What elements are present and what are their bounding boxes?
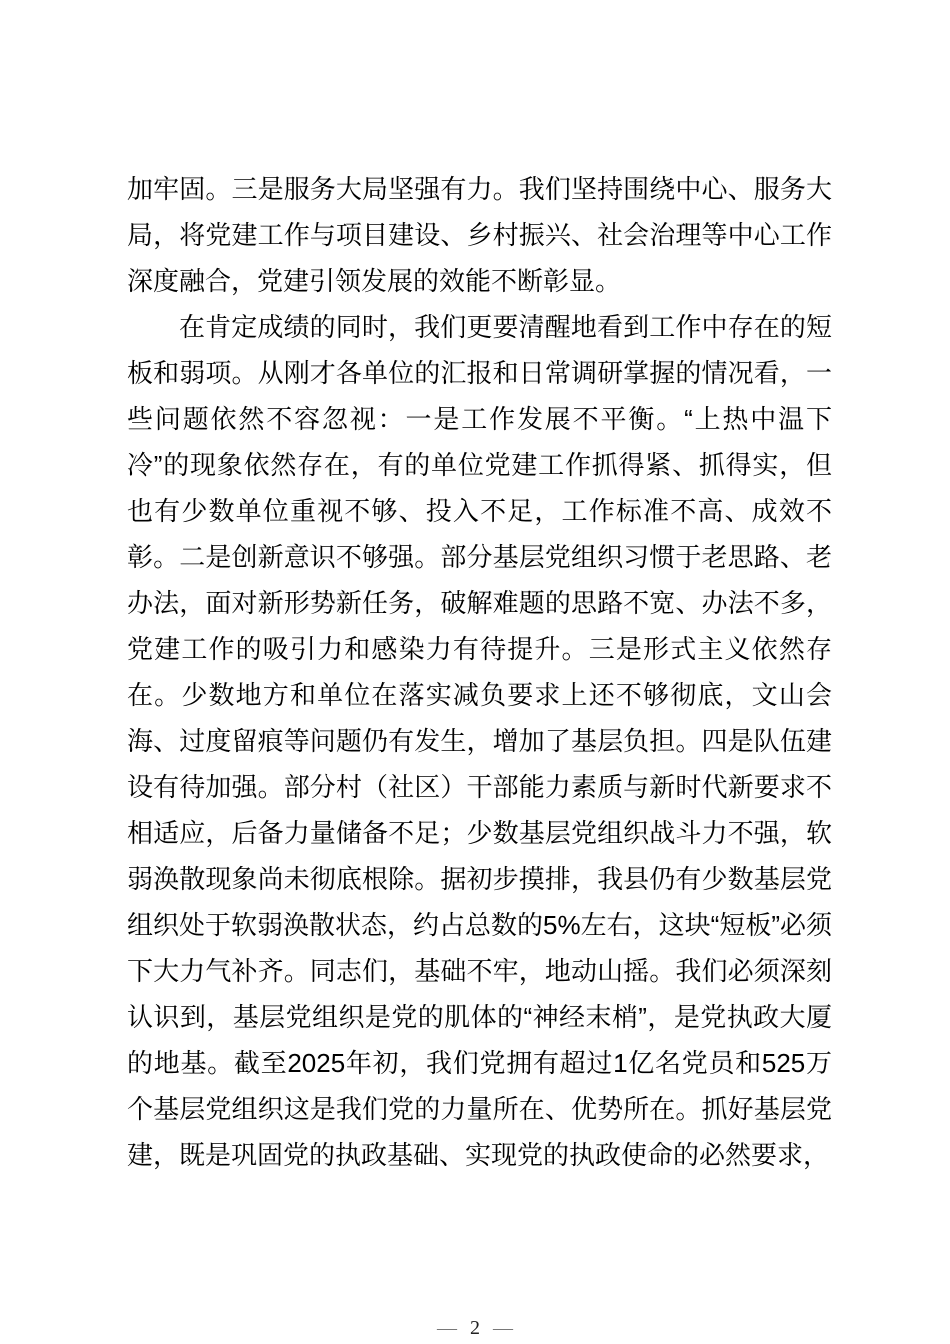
document-body: 加牢固。三是服务大局坚强有力。我们坚持围绕中心、服务大局，将党建工作与项目建设、… (127, 166, 832, 1178)
footer-dash-left: — (437, 1317, 457, 1339)
footer-dash-right: — (493, 1317, 513, 1339)
document-page: 加牢固。三是服务大局坚强有力。我们坚持围绕中心、服务大局，将党建工作与项目建设、… (0, 0, 950, 1344)
page-number: 2 (470, 1317, 480, 1339)
paragraph-continuation: 加牢固。三是服务大局坚强有力。我们坚持围绕中心、服务大局，将党建工作与项目建设、… (127, 166, 832, 304)
paragraph-problems-analysis: 在肯定成绩的同时，我们更要清醒地看到工作中存在的短板和弱项。从刚才各单位的汇报和… (127, 304, 832, 1178)
page-footer: —2— (0, 1316, 950, 1340)
